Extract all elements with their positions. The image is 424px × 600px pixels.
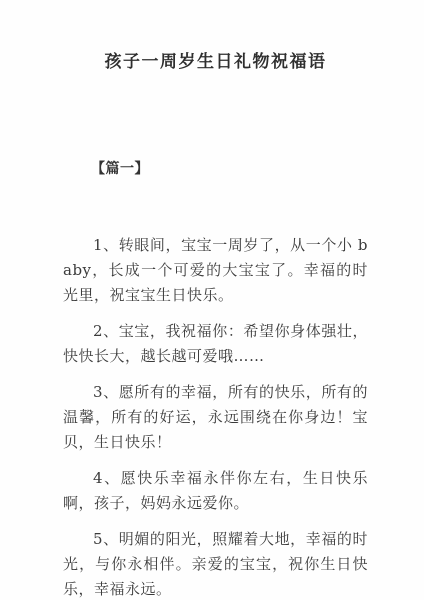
section-heading: 【篇一】: [63, 160, 368, 179]
paragraph-5: 5、明媚的阳光，照耀着大地，幸福的时光，与你永相伴。亲爱的宝宝，祝你生日快乐，幸…: [63, 527, 368, 600]
document-page: 孩子一周岁生日礼物祝福语 【篇一】 1、转眼间，宝宝一周岁了，从一个小 baby…: [0, 0, 424, 600]
document-title: 孩子一周岁生日礼物祝福语: [63, 0, 368, 74]
paragraph-1: 1、转眼间，宝宝一周岁了，从一个小 baby，长成一个可爱的大宝宝了。幸福的时光…: [63, 233, 368, 308]
paragraph-4: 4、愿快乐幸福永伴你左右，生日快乐啊，孩子，妈妈永远爱你。: [63, 466, 368, 516]
document-body: 1、转眼间，宝宝一周岁了，从一个小 baby，长成一个可爱的大宝宝了。幸福的时光…: [63, 233, 368, 600]
paragraph-3: 3、愿所有的幸福，所有的快乐，所有的温馨，所有的好运，永远围绕在你身边！宝贝，生…: [63, 380, 368, 455]
paragraph-2: 2、宝宝，我祝福你：希望你身体强壮，快快长大，越长越可爱哦……: [63, 319, 368, 369]
